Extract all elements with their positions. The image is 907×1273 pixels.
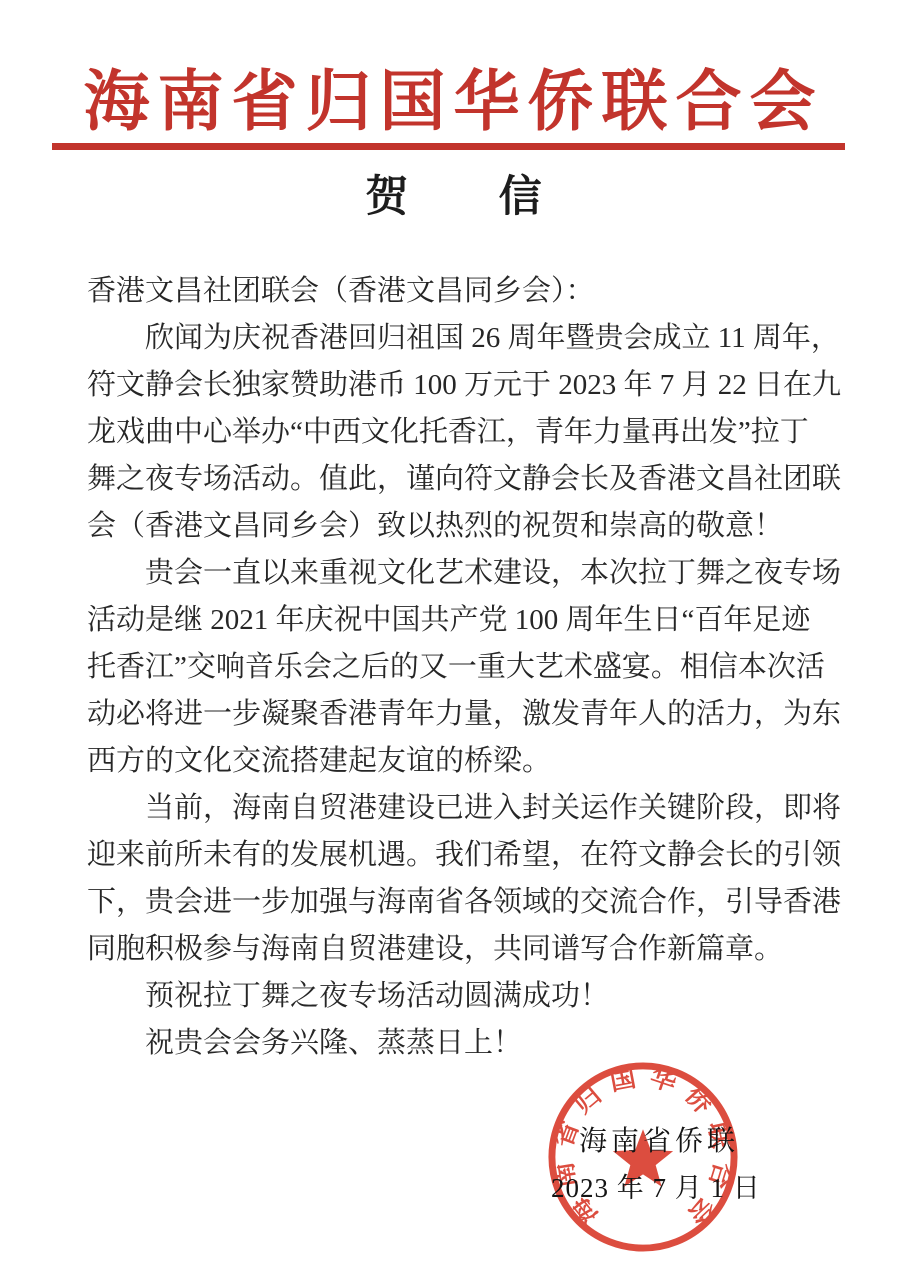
letter-body: 香港文昌社团联会（香港文昌同乡会）：欣闻为庆祝香港回归祖国 26 周年暨贵会成立… bbox=[87, 268, 827, 1067]
body-line: 预祝拉丁舞之夜专场活动圆满成功！ bbox=[87, 973, 827, 1020]
body-line: 下，贵会进一步加强与海南省各领域的交流合作，引导香港 bbox=[87, 879, 827, 926]
body-line: 欣闻为庆祝香港回归祖国 26 周年暨贵会成立 11 周年， bbox=[87, 315, 827, 362]
letterhead-divider bbox=[52, 143, 845, 150]
date: 2023 年 7 月 1 日 bbox=[551, 1166, 761, 1205]
letter-page: 海南省归国华侨联合会 贺信 香港文昌社团联会（香港文昌同乡会）：欣闻为庆祝香港回… bbox=[0, 0, 907, 1273]
body-line: 贵会一直以来重视文化艺术建设，本次拉丁舞之夜专场 bbox=[87, 550, 827, 597]
body-line: 活动是继 2021 年庆祝中国共产党 100 周年生日“百年足迹 bbox=[87, 597, 827, 644]
body-line: 当前，海南自贸港建设已进入封关运作关键阶段，即将 bbox=[87, 785, 827, 832]
body-line: 舞之夜专场活动。值此，谨向符文静会长及香港文昌社团联 bbox=[87, 456, 827, 503]
body-line: 符文静会长独家赞助港币 100 万元于 2023 年 7 月 22 日在九 bbox=[87, 362, 827, 409]
body-line: 动必将进一步凝聚香港青年力量，激发青年人的活力，为东 bbox=[87, 691, 827, 738]
body-line: 会（香港文昌同乡会）致以热烈的祝贺和崇高的敬意！ bbox=[87, 503, 827, 550]
body-line: 同胞积极参与海南自贸港建设，共同谱写合作新篇章。 bbox=[87, 926, 827, 973]
signature: 海南省侨联 bbox=[579, 1119, 739, 1159]
body-line: 托香江”交响音乐会之后的又一重大艺术盛宴。相信本次活 bbox=[87, 644, 827, 691]
body-line: 迎来前所未有的发展机遇。我们希望，在符文静会长的引领 bbox=[87, 832, 827, 879]
body-line: 香港文昌社团联会（香港文昌同乡会）： bbox=[87, 268, 827, 315]
body-line: 西方的文化交流搭建起友谊的桥梁。 bbox=[87, 738, 827, 785]
letter-title: 贺信 bbox=[0, 163, 907, 224]
org-name: 海南省归国华侨联合会 bbox=[0, 48, 907, 143]
body-line: 龙戏曲中心举办“中西文化托香江，青年力量再出发”拉丁 bbox=[87, 409, 827, 456]
